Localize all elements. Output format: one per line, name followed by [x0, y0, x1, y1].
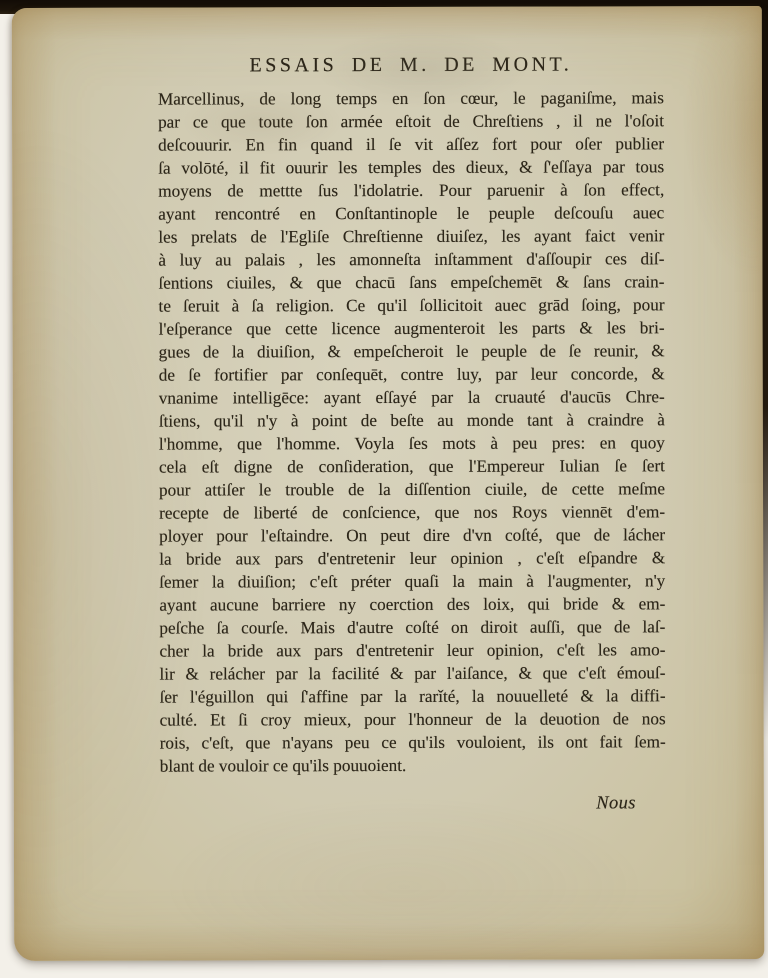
- text-line: moyens de mettte ſus l'idolatrie. Pour p…: [158, 178, 664, 202]
- text-line: te ſeruit à ſa religion. Ce qu'il ſollic…: [159, 293, 665, 317]
- text-line: lir & relácher par la facilité & par l'a…: [159, 661, 665, 685]
- text-line: gues de la diuiſion, & empeſcheroit le p…: [159, 339, 665, 363]
- text-line: la bride aux pars d'entretenir leur opin…: [159, 546, 665, 570]
- book-page: ESSAIS DE M. DE MONT. Marcellinus, de lo…: [12, 6, 764, 961]
- text-line: peſche ſa courſe. Mais d'autre coſté on …: [159, 615, 665, 639]
- text-line: l'eſperance que cette licence augmentero…: [159, 316, 665, 340]
- text-line: par ce que toute ſon armée eſtoit de Chr…: [158, 109, 664, 133]
- scan-background: ESSAIS DE M. DE MONT. Marcellinus, de lo…: [0, 0, 768, 978]
- text-line: ſentions ciuiles, & que chacū ſans empeſ…: [158, 270, 664, 294]
- text-line: ſtiens, qu'il n'y à point de beſte au mo…: [159, 408, 665, 432]
- text-line: deſcouurir. En fin quand il ſe vit aſſez…: [158, 132, 664, 156]
- text-line: ſa volōté, il fit ouurir les temples des…: [158, 155, 664, 179]
- text-line: à luy au palais , les amonneſta inſtamme…: [158, 247, 664, 271]
- text-line: ployer pour l'eſtaindre. On peut dire d'…: [159, 523, 665, 547]
- running-header: ESSAIS DE M. DE MONT.: [158, 53, 664, 77]
- text-line: l'homme, que l'homme. Voyla ſes mots à p…: [159, 431, 665, 455]
- text-line: ayant aucune barriere ny coerction des l…: [159, 592, 665, 616]
- text-line: vnanime intelligēce: ayant eſſayé par la…: [159, 385, 665, 409]
- text-line: ſer l'éguillon qui ſ'affine par la rarǐt…: [160, 684, 666, 708]
- text-line: pour attiſer le trouble de la diſſention…: [159, 477, 665, 501]
- text-line: de ſe fortifier par conſequēt, contre lu…: [159, 362, 665, 386]
- text-line: recepte de liberté de conſcience, que no…: [159, 500, 665, 524]
- text-line: Marcellinus, de long temps en ſon cœur, …: [158, 86, 664, 110]
- text-line: cela eſt digne de conſideration, que l'E…: [159, 454, 665, 478]
- text-block: ESSAIS DE M. DE MONT. Marcellinus, de lo…: [158, 53, 666, 815]
- body-text: Marcellinus, de long temps en ſon cœur, …: [158, 86, 666, 777]
- text-line: les prelats de l'Egliſe Chreſtienne diui…: [158, 224, 664, 248]
- text-line: blant de vouloir ce qu'ils pouuoient.: [160, 753, 666, 777]
- text-line: cher la bride aux pars d'entretenir leur…: [159, 638, 665, 662]
- text-line: ayant rencontré en Conſtantinople le peu…: [158, 201, 664, 225]
- catchword: Nous: [160, 793, 666, 815]
- text-line: rois, c'eſt, que n'ayans peu ce qu'ils v…: [160, 730, 666, 754]
- text-line: culté. Et ſi croy mieux, pour l'honneur …: [160, 707, 666, 731]
- text-line: ſemer la diuiſion; c'eſt préter quaſi la…: [159, 569, 665, 593]
